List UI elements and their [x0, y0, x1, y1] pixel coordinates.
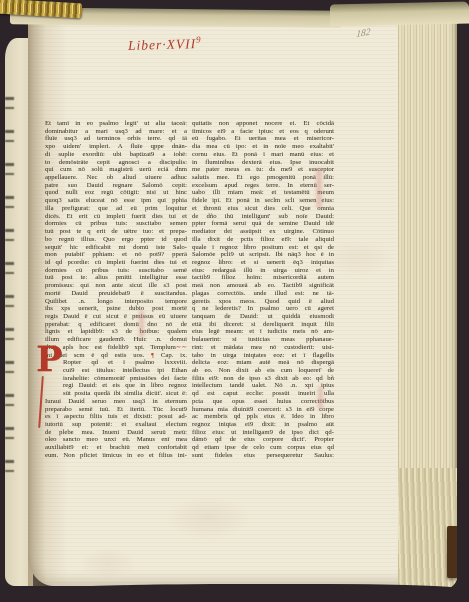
text-line: es ī aspectu filiis tuis et dixisti: pos…: [45, 413, 187, 421]
text-line: excelsum apud reges terre. In eternū ser…: [192, 182, 334, 190]
text-line: preparabo semē tuū. Et iteriū. Tūc locut…: [45, 406, 187, 414]
text-line: oleo sancto meo unxi eū. Manus enī mea: [45, 436, 187, 444]
bleedthrough-mark: [139, 310, 144, 338]
text-line: geretis xpos meos. Quod quid ē aliud: [192, 298, 334, 306]
text-line: mortē Dauid preuidebat9 ē suscitandus.: [45, 290, 187, 298]
text-line: qd etiam ipse de celo cum corpus eius qd: [192, 444, 334, 452]
text-line: sūt posita quedā ibi similia dicūt'. sic…: [45, 390, 187, 398]
text-line: pperabat: q edificaret domū dno nō de: [45, 321, 187, 329]
text-line: qui cum nō solū magistrū uerū eciā dnm: [45, 166, 187, 174]
text-line: eum. Non pficiet īimicus in eo et filius…: [45, 452, 187, 460]
text-line: tanquam de Dauid: ut quiddā eiusmodi: [192, 313, 334, 321]
text-line: ppter formā serui quā de semine Dauid id…: [192, 220, 334, 228]
text-line: to demōstrāte cepit agnosci a discipulis…: [45, 159, 187, 167]
text-line: patre suo Dauid regnare Salomō cepit:: [45, 182, 187, 190]
text-line: dominabitur a mari usq3 ad mare: et a: [45, 128, 187, 136]
text-line: regnoz iniqtas ei9 dixit: in psalmo aūt: [192, 421, 334, 429]
text-line: dāmō qd de eius corpore dicit'. Propter: [192, 436, 334, 444]
text-line: pcta que opus esset huius correctōibus: [192, 398, 334, 406]
fore-edge-top: [330, 2, 469, 27]
text-line: rint: et mādata mea nō custodierīt: uisi…: [192, 344, 334, 352]
text-line: israhelite: cōmemorāt' pmissiōes dei fac…: [45, 375, 187, 383]
text-line: bo regnū illius. Quo ergo ppter id quod: [45, 236, 187, 244]
text-line: Quilibet .n. longo interposito tempore: [45, 298, 187, 306]
text-line: regis Dauid ē cui sicut ē pmissus eū uiu…: [45, 313, 187, 321]
text-column-right: quitatis non apponet nocere ei. Et cōcid…: [192, 120, 334, 460]
text-line: cornu eius. Et ponā ī mari manū eius: et: [192, 151, 334, 159]
text-line: tuū post te q erit de uētre tuo: et prep…: [45, 228, 187, 236]
text-line: de plebe mea. Inueni Dauid seruū meū:: [45, 429, 187, 437]
text-line: filiis ei9: non de ipso s3 dixit ab eo: …: [192, 375, 334, 383]
text-line: quitatis non apponet nocere ei. Et cōcid…: [192, 120, 334, 128]
text-line: sequit' hic edificabit mi domū iste Salo…: [45, 244, 187, 252]
text-line: etiā ibi diceret: si dereliquerīt inquit…: [192, 321, 334, 329]
text-line: Salomōe pcli9 ut scripsit. Ibi nāq3 hoc …: [192, 251, 334, 259]
text-line: plagas correctōis. unde illud est: ne tā…: [192, 290, 334, 298]
text-line: di suplie exordiū: ubi baptizat9 a iohē:: [45, 151, 187, 159]
text-line: dormies cū pribus tuis: suscitabo semē: [45, 267, 187, 275]
text-line: sunt fideles eius persequeretur Saulus:: [192, 452, 334, 460]
text-line: lignis et lapidib9: s3 de hoibus: qualem: [45, 328, 187, 336]
bleedthrough-mark: [318, 386, 323, 410]
text-line: regi Dauid: et eis que in libro regnoz: [45, 382, 187, 390]
text-line: ihs xps uenerit, psine dubio post mortē: [45, 305, 187, 313]
text-line: delicta eoz: miam autē meā nō dispergā: [192, 359, 334, 367]
text-column-left: Et tamī in eo psalmo legit' ut alia tace…: [45, 120, 187, 460]
text-line: filioz eius: ut intelligam9 de ipso dici…: [192, 429, 334, 437]
text-line: īimicos ei9 a facie ipius: et eos q oder…: [192, 128, 334, 136]
text-line: q ne lederetis? In psalmo uero cū ageret: [192, 305, 334, 313]
text-line: Et tamī in eo psalmo legit' ut alia tace…: [45, 120, 187, 128]
text-line: qd est caput ecclie: possūt inueīri ulla: [192, 390, 334, 398]
photo-of-open-book: 182 Liber·XVII9 Et tamī in eo psalmo leg…: [0, 0, 469, 602]
text-line: fidele ipi. Et ponā in seclm scli semen …: [192, 197, 334, 205]
text-line: illa dixit de pctis filioz ei9: tale ali…: [192, 236, 334, 244]
text-line: id qd pcordie: cū impleti fuerint dies t…: [45, 259, 187, 267]
text-line: meā non amoueā ab eo. Tactib9 significāt: [192, 282, 334, 290]
text-line: uabo illi miam meā: et testamētū meum: [192, 189, 334, 197]
text-line: iutoriū sup potentē: et exaltaui electum: [45, 421, 187, 429]
text-line: intellectum tandē ualet. Nō .n. xpi ipiu…: [192, 382, 334, 390]
text-line: fluīe usq3 ad terminos orbis terre. qd i…: [45, 135, 187, 143]
text-line: salutis mee. Et ego pmogenitū ponā illū:: [192, 174, 334, 182]
text-line: de dño ihū intelligunt' sub noīe Dauid:: [192, 213, 334, 221]
text-line: tabo in uirga iniqtates eoz: et ī flagel…: [192, 352, 334, 360]
text-line: in fluminibus dexterā eius. Ipse inuocab…: [192, 159, 334, 167]
text-line: xpo uidem' impleri. A fluīe qppe dnān-: [45, 143, 187, 151]
facing-page-text-fragments: [5, 83, 14, 478]
text-line: dia mea cū ipo: et in noīe meo exaltabit…: [192, 143, 334, 151]
text-line: appellauere. Nec ob aliud uiuere adhuc: [45, 174, 187, 182]
text-line: Ropter qd et ī psalmo lxxxviii.: [45, 359, 187, 367]
background-right: [457, 24, 469, 602]
text-line: humana mia diuinit9 coerceri: s3 in ei9 …: [192, 406, 334, 414]
text-line: mi dei scm ē qd estis uos. ¶ Cap. ix.: [45, 352, 187, 360]
text-line: illa prefigurat: que ad eū prim loquitur: [45, 205, 187, 213]
text-line: mediator dei assūpsit ex uirgine. Cōtinu…: [192, 228, 334, 236]
text-line: bulauerint: si iusticias meas pphanaue-: [192, 336, 334, 344]
text-line: regnoz libro: et si uenerit ēq3 iniquita…: [192, 259, 334, 267]
text-line: Iuraui Dauid seruo meo usq3 in eternum: [45, 398, 187, 406]
text-line: ac membris qd ppls eius ē. Ideo in libro: [192, 413, 334, 421]
text-line: auxiliabit9 ei: et brachiū meū confortab…: [45, 444, 187, 452]
text-line: illum edificare gaudem9. Huic .n. domui: [45, 336, 187, 344]
text-line: promissus: qui non ante sicut ille s3 po…: [45, 282, 187, 290]
text-line: eius: redarguā illū in uirga uiroz et in: [192, 267, 334, 275]
text-line: cui9 est titulus: intellectus ipi Ethan: [45, 367, 187, 375]
running-header: Liber·XVII9: [128, 34, 238, 54]
running-header-text: Liber·XVII: [128, 36, 196, 53]
text-line: quoq3 satis eluceat nō esse ipm qui pphi…: [45, 197, 187, 205]
text-line: eū fugabo. Et ueritas mea et misericor-: [192, 135, 334, 143]
fore-edge-corner: [398, 468, 458, 590]
background-bottom: [0, 584, 469, 602]
text-line: quod nulli eoz regū cōtigit: nisi ut hin…: [45, 189, 187, 197]
text-line: mon putabit' pphiam: et nō pot9? pperā: [45, 251, 187, 259]
text-line: dicēs. Et erit cū impleti fuerit dies tu…: [45, 213, 187, 221]
text-line: tactib9 filioz hoīm: misericordiā autem: [192, 274, 334, 282]
text-line: dormies cū pribus tuis: suscitabo semen: [45, 220, 187, 228]
rubricated-initial-P: P: [36, 342, 62, 377]
abbreviation-mark: 9: [196, 35, 202, 45]
text-line: quale ī regnoz libro positum est: et qsi…: [192, 244, 334, 252]
text-line: me pater meus es tu: ds me9 et susceptor: [192, 166, 334, 174]
text-line: et thronū eius sicut dies celi. Que omni…: [192, 205, 334, 213]
text-line: dicit apls hoc est fidelib9 xpi. Templum…: [45, 344, 187, 352]
text-line: tuū post te: alius pmitti intelligitur e…: [45, 274, 187, 282]
text-line: ab eo. Non dixit ab eis cum loqueret' de: [192, 367, 334, 375]
text-line: eius legē meam: et ī iudiciis meis nō am…: [192, 328, 334, 336]
bleedthrough-mark: [316, 168, 322, 208]
